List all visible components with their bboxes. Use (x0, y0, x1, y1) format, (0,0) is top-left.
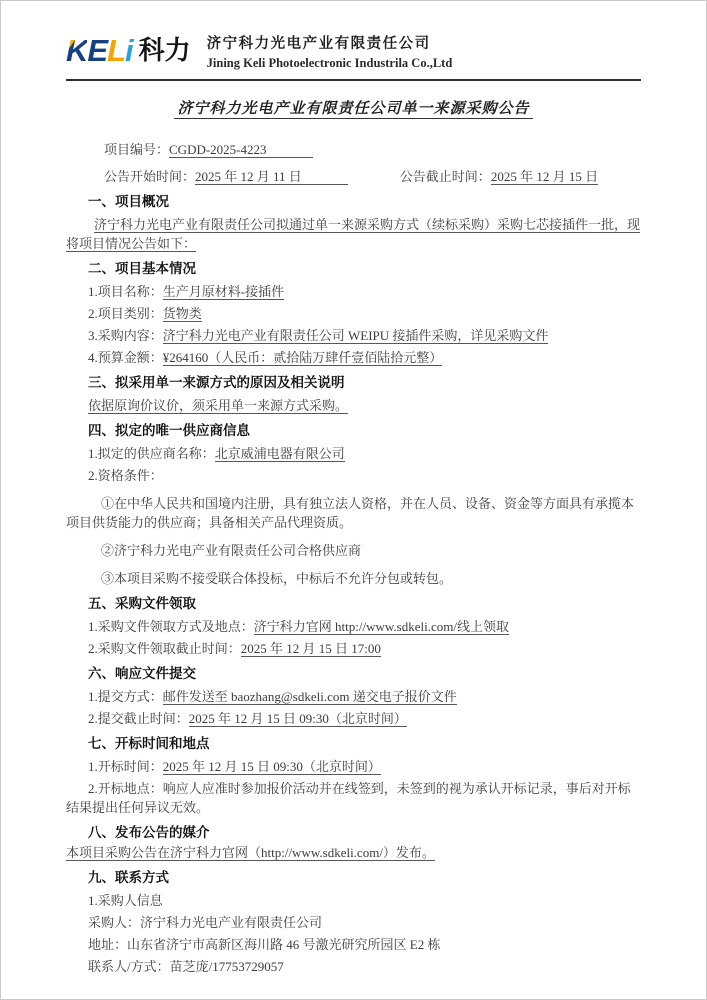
submission-deadline-row: 2.提交截止时间：2025 年 12 月 15 日 09:30（北京时间） (66, 709, 641, 728)
section-4-heading: 四、拟定的唯一供应商信息 (66, 421, 641, 441)
procurement-content-row: 3.采购内容：济宁科力光电产业有限责任公司 WEIPU 接插件采购，详见采购文件 (66, 326, 641, 345)
publish-media-text: 本项目采购公告在济宁科力官网（http://www.sdkeli.com/）发布… (66, 845, 435, 861)
pickup-deadline-value: 2025 年 12 月 15 日 17:00 (241, 641, 381, 657)
submission-deadline-label: 2.提交截止时间： (88, 711, 189, 726)
section-6-heading: 六、响应文件提交 (66, 664, 641, 684)
section-8-heading: 八、发布公告的媒介 (66, 823, 641, 843)
announce-start-value: 2025 年 12 月 11 日 (195, 169, 348, 185)
section-1-paragraph: 济宁科力光电产业有限责任公司拟通过单一来源采购方式（续标采购）采购七芯接插件一批… (66, 215, 641, 253)
keli-logo: KELi 科力 (66, 34, 191, 68)
section-1-paragraph-text: 济宁科力光电产业有限责任公司拟通过单一来源采购方式（续标采购）采购七芯接插件一批… (66, 217, 640, 252)
keli-logo-wordmark: KELi (66, 34, 133, 68)
section-7-heading: 七、开标时间和地点 (66, 734, 641, 754)
logo-letter-k: K (66, 33, 87, 68)
pickup-deadline-row: 2.采购文件领取截止时间：2025 年 12 月 15 日 17:00 (66, 639, 641, 658)
bid-opening-time-row: 1.开标时间：2025 年 12 月 15 日 09:30（北京时间） (66, 757, 641, 776)
qualification-condition-3: ③本项目采购不接受联合体投标，中标后不允许分包或转包。 (66, 569, 641, 588)
bid-opening-time-value: 2025 年 12 月 15 日 09:30（北京时间） (163, 759, 381, 775)
pickup-deadline-label: 2.采购文件领取截止时间： (88, 641, 241, 656)
purchaser-info-label: 1.采购人信息 (66, 891, 641, 910)
document-pickup-value: 济宁科力官网 http://www.sdkeli.com/线上领取 (254, 619, 509, 635)
project-category-row: 2.项目类别：货物类 (66, 304, 641, 323)
letterhead: KELi 科力 济宁科力光电产业有限责任公司 Jining Keli Photo… (66, 34, 641, 71)
budget-label: 4.预算金额： (88, 350, 163, 365)
logo-letter-e: E (87, 33, 107, 68)
document-pickup-row: 1.采购文件领取方式及地点：济宁科力官网 http://www.sdkeli.c… (66, 617, 641, 636)
contact-person-line: 联系人/方式：苗芝庞/17753729057 (66, 957, 641, 976)
announce-start-label: 公告开始时间： (104, 169, 195, 184)
company-name-block: 济宁科力光电产业有限责任公司 Jining Keli Photoelectron… (207, 34, 453, 71)
keli-logo-chinese: 科力 (139, 34, 191, 68)
supplier-name-label: 1.拟定的供应商名称： (88, 446, 215, 461)
project-name-value: 生产月原材料-接插件 (163, 284, 284, 300)
title-row: 济宁科力光电产业有限责任公司单一来源采购公告 (66, 97, 641, 118)
announce-dates-row: 公告开始时间：2025 年 12 月 11 日公告截止时间：2025 年 12 … (66, 167, 641, 186)
section-1-heading: 一、项目概况 (66, 192, 641, 212)
section-5-heading: 五、采购文件领取 (66, 594, 641, 614)
project-name-row: 1.项目名称：生产月原材料-接插件 (66, 282, 641, 301)
section-3-paragraph: 依据原询价议价，须采用单一来源方式采购。 (66, 396, 641, 415)
logo-letter-i: i (125, 33, 133, 68)
project-category-label: 2.项目类别： (88, 306, 163, 321)
procurement-content-label: 3.采购内容： (88, 328, 163, 343)
qualification-label: 2.资格条件： (88, 468, 163, 483)
project-number-row: 项目编号：CGDD-2025-4223 (66, 140, 641, 159)
section-2-heading: 二、项目基本情况 (66, 259, 641, 279)
section-9-heading: 九、联系方式 (66, 868, 641, 888)
submission-method-label: 1.提交方式： (88, 689, 163, 704)
section-3-heading: 三、拟采用单一来源方式的原因及相关说明 (66, 373, 641, 393)
project-name-label: 1.项目名称： (88, 284, 163, 299)
project-number-value: CGDD-2025-4223 (169, 142, 313, 158)
supplier-name-row: 1.拟定的供应商名称：北京威浦电器有限公司 (66, 444, 641, 463)
purchaser-address-line: 地址：山东省济宁市高新区海川路 46 号激光研究所园区 E2 栋 (66, 935, 641, 954)
qualification-condition-1: ①在中华人民共和国境内注册，具有独立法人资格，并在人员、设备、资金等方面具有承揽… (66, 494, 641, 532)
logo-letter-l: L (107, 33, 125, 68)
purchaser-name-line: 采购人：济宁科力光电产业有限责任公司 (66, 913, 641, 932)
qualification-label-row: 2.资格条件： (66, 466, 641, 485)
publish-media-paragraph: 本项目采购公告在济宁科力官网（http://www.sdkeli.com/）发布… (66, 843, 641, 862)
procurement-content-value: 济宁科力光电产业有限责任公司 WEIPU 接插件采购，详见采购文件 (163, 328, 549, 344)
supplier-name-value: 北京威浦电器有限公司 (215, 446, 345, 462)
submission-method-value: 邮件发送至 baozhang@sdkeli.com 递交电子报价文件 (163, 689, 457, 705)
budget-value: ¥264160（人民币：贰拾陆万肆仟壹佰陆拾元整） (163, 350, 443, 366)
company-name-cn: 济宁科力光电产业有限责任公司 (207, 35, 453, 53)
project-number-label: 项目编号： (104, 142, 169, 157)
budget-row: 4.预算金额：¥264160（人民币：贰拾陆万肆仟壹佰陆拾元整） (66, 348, 641, 367)
announce-end-value: 2025 年 12 月 15 日 (491, 169, 598, 185)
submission-deadline-value: 2025 年 12 月 15 日 09:30（北京时间） (189, 711, 407, 727)
document-page: KELi 科力 济宁科力光电产业有限责任公司 Jining Keli Photo… (0, 0, 707, 976)
document-title: 济宁科力光电产业有限责任公司单一来源采购公告 (174, 101, 532, 119)
project-category-value: 货物类 (163, 306, 202, 322)
header-divider (66, 79, 641, 81)
bid-opening-place-paragraph: 2.开标地点：响应人应准时参加报价活动并在线签到，未签到的视为承认开标记录，事后… (66, 779, 641, 817)
qualification-condition-2: ②济宁科力光电产业有限责任公司合格供应商 (66, 541, 641, 560)
submission-method-row: 1.提交方式：邮件发送至 baozhang@sdkeli.com 递交电子报价文… (66, 687, 641, 706)
company-name-en: Jining Keli Photoelectronic Industrila C… (207, 56, 453, 71)
announce-end-label: 公告截止时间： (400, 169, 491, 184)
single-source-reason-text: 依据原询价议价，须采用单一来源方式采购。 (88, 398, 348, 414)
document-pickup-label: 1.采购文件领取方式及地点： (88, 619, 254, 634)
bid-opening-time-label: 1.开标时间： (88, 759, 163, 774)
